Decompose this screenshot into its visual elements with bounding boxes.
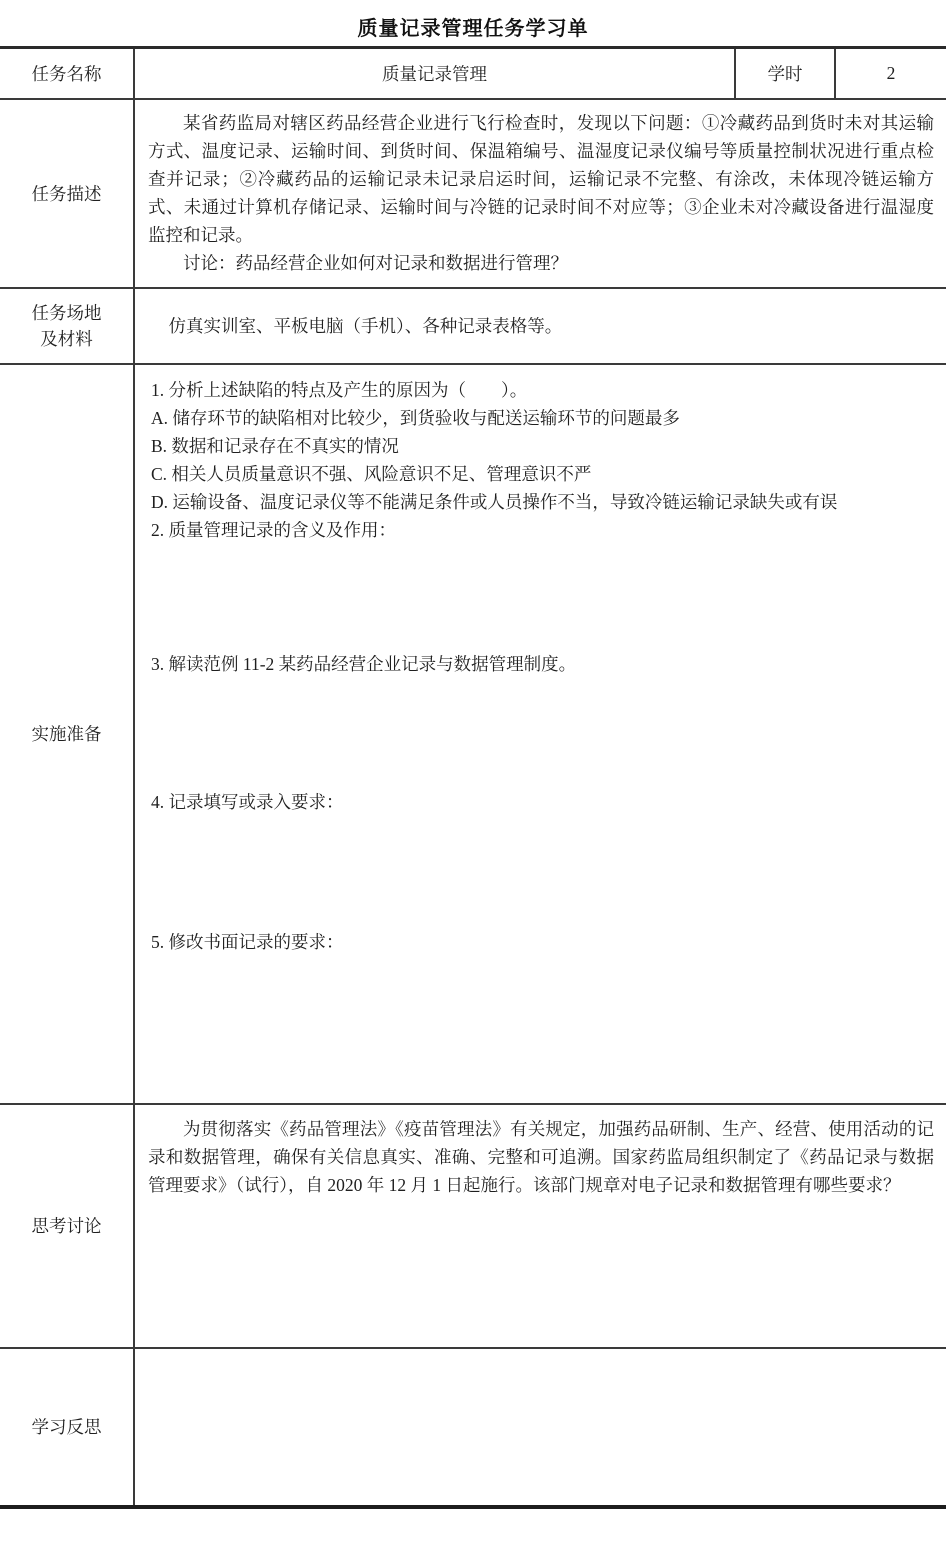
task-site-content: 仿真实训室、平板电脑（手机）、各种记录表格等。 [135, 289, 946, 363]
task-description-paragraph: 某省药监局对辖区药品经营企业进行飞行检查时，发现以下问题：①冷藏药品到货时未对其… [148, 109, 934, 249]
hours-label: 学时 [734, 49, 834, 98]
task-description-content: 某省药监局对辖区药品经营企业进行飞行检查时，发现以下问题：①冷藏药品到货时未对其… [135, 100, 946, 287]
table-row-task-description: 任务描述 某省药监局对辖区药品经营企业进行飞行检查时，发现以下问题：①冷藏药品到… [0, 100, 946, 289]
discussion-paragraph: 为贯彻落实《药品管理法》《疫苗管理法》有关规定，加强药品研制、生产、经营、使用活… [148, 1115, 934, 1199]
prep-question-2: 2. 质量管理记录的含义及作用： [151, 516, 934, 544]
task-site-label-line1: 任务场地 [32, 300, 102, 326]
reflection-answer-area [135, 1349, 946, 1505]
table-row-discussion: 思考讨论 为贯彻落实《药品管理法》《疫苗管理法》有关规定，加强药品研制、生产、经… [0, 1105, 946, 1349]
prep-question-5: 5. 修改书面记录的要求： [151, 928, 934, 956]
prep-question-3: 3. 解读范例 11-2 某药品经营企业记录与数据管理制度。 [151, 650, 934, 678]
row-label-reflection: 学习反思 [0, 1349, 135, 1505]
table-row-reflection: 学习反思 [0, 1349, 946, 1505]
row-label-task-name: 任务名称 [0, 49, 135, 98]
row-label-task-site: 任务场地 及材料 [0, 289, 135, 363]
discussion-content: 为贯彻落实《药品管理法》《疫苗管理法》有关规定，加强药品研制、生产、经营、使用活… [135, 1105, 946, 1347]
prep-question-4: 4. 记录填写或录入要求： [151, 788, 934, 816]
row-label-task-description: 任务描述 [0, 100, 135, 287]
worksheet-page: 质量记录管理任务学习单 任务名称 质量记录管理 学时 2 任务描述 某省药监局对… [0, 0, 946, 1563]
prep-option-a: A. 储存环节的缺陷相对比较少，到货验收与配送运输环节的问题最多 [151, 404, 934, 432]
task-description-discussion-line: 讨论：药品经营企业如何对记录和数据进行管理？ [148, 249, 934, 277]
preparation-content: 1. 分析上述缺陷的特点及产生的原因为（ ）。 A. 储存环节的缺陷相对比较少，… [135, 365, 946, 1103]
prep-option-c: C. 相关人员质量意识不强、风险意识不足、管理意识不严 [151, 460, 934, 488]
table-row-task-site: 任务场地 及材料 仿真实训室、平板电脑（手机）、各种记录表格等。 [0, 289, 946, 365]
task-site-label-line2: 及材料 [32, 326, 102, 352]
task-site-value: 仿真实训室、平板电脑（手机）、各种记录表格等。 [151, 312, 562, 340]
hours-value: 2 [834, 49, 946, 98]
task-sheet-table: 任务名称 质量记录管理 学时 2 任务描述 某省药监局对辖区药品经营企业进行飞行… [0, 46, 946, 1509]
row-label-preparation: 实施准备 [0, 365, 135, 1103]
prep-option-b: B. 数据和记录存在不真实的情况 [151, 432, 934, 460]
table-row-preparation: 实施准备 1. 分析上述缺陷的特点及产生的原因为（ ）。 A. 储存环节的缺陷相… [0, 365, 946, 1105]
prep-question-1: 1. 分析上述缺陷的特点及产生的原因为（ ）。 [151, 376, 934, 404]
page-title: 质量记录管理任务学习单 [0, 12, 946, 41]
row-label-discussion: 思考讨论 [0, 1105, 135, 1347]
task-name-value: 质量记录管理 [135, 49, 734, 98]
table-row-task-name: 任务名称 质量记录管理 学时 2 [0, 49, 946, 100]
prep-option-d: D. 运输设备、温度记录仪等不能满足条件或人员操作不当，导致冷链运输记录缺失或有… [151, 488, 934, 516]
